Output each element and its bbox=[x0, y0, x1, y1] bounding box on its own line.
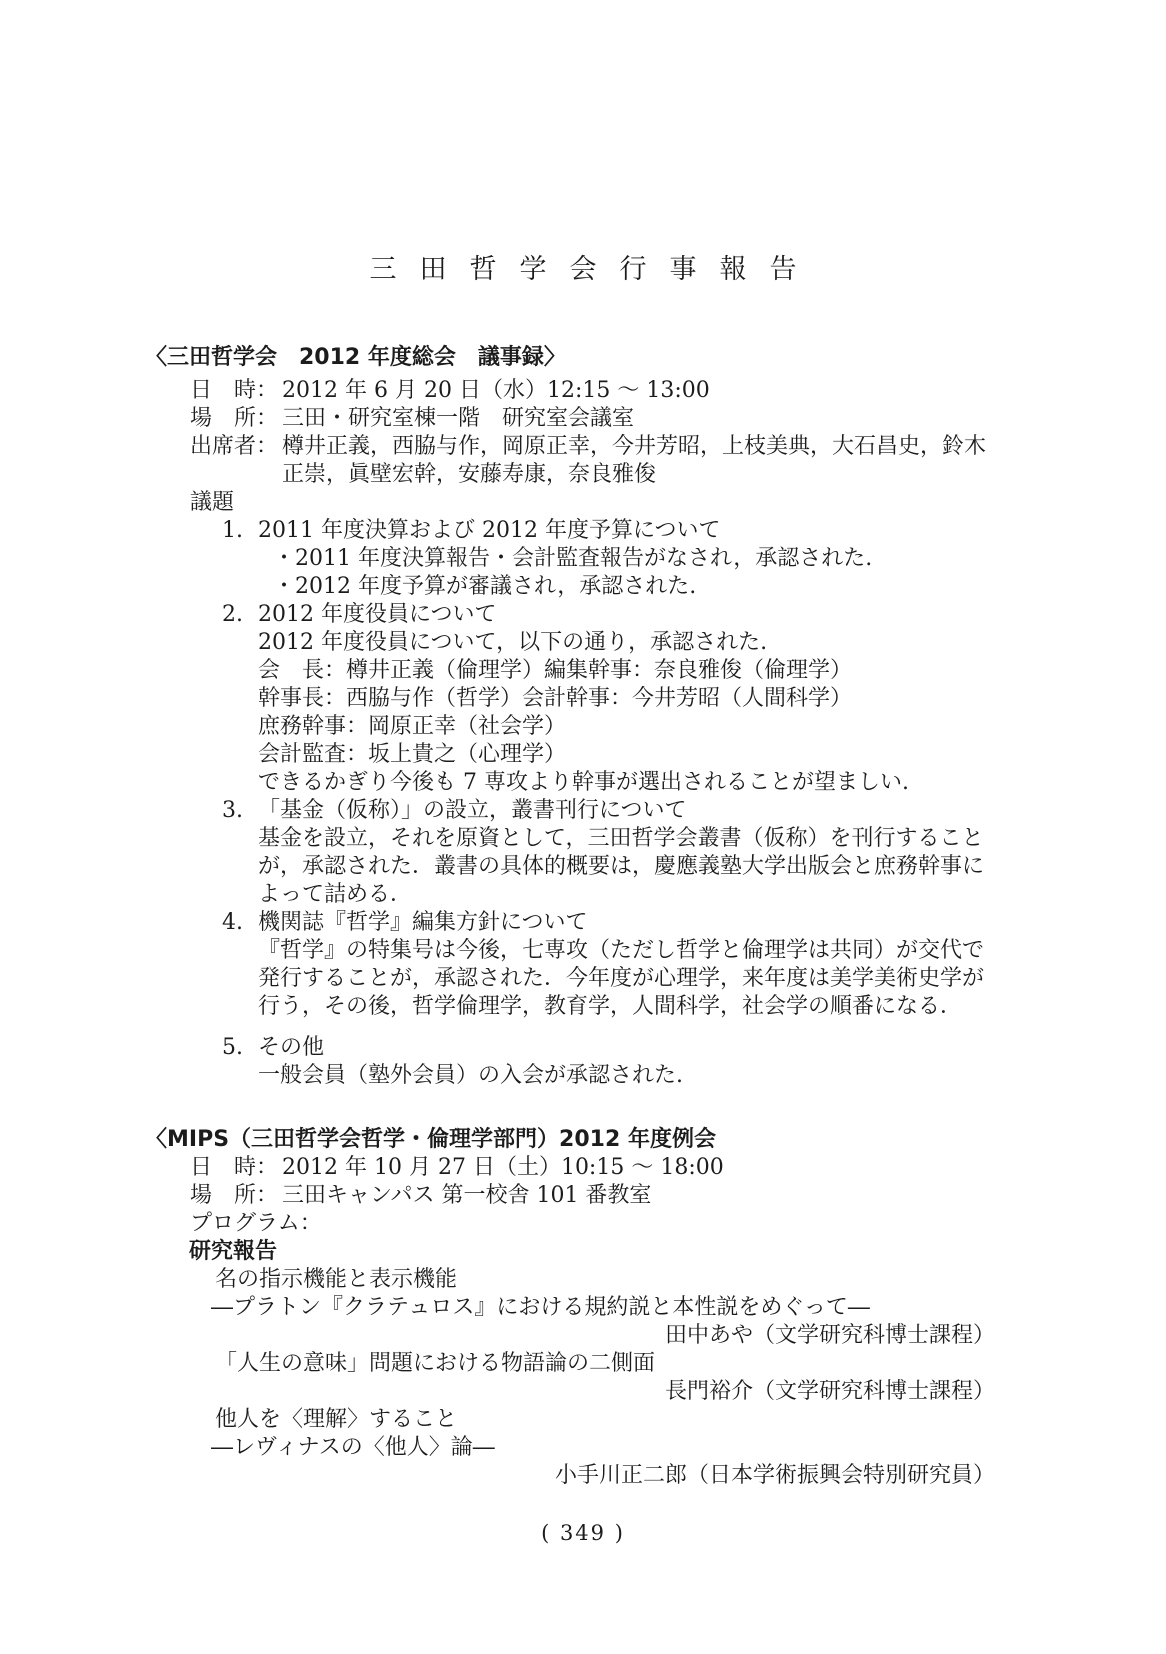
item-3-line-2: が，承認された．叢書の具体的概要は，慶應義塾大学出版会と庶務幹事に bbox=[145, 853, 995, 881]
page-number: ( 349 ) bbox=[0, 1521, 1166, 1545]
item-title: 機関誌『哲学』編集方針について bbox=[258, 909, 588, 937]
attendees-label: 出席者： bbox=[190, 433, 282, 461]
attendees-line-1: 出席者： 樽井正義，西脇与作，岡原正幸，今井芳昭，上枝美典，大石昌史，鈴木 bbox=[145, 433, 995, 461]
talk-3-subtitle: ―レヴィナスの〈他人〉論― bbox=[145, 1434, 995, 1462]
item-2-line-1: 2012 年度役員について，以下の通り，承認された. bbox=[145, 629, 995, 657]
item-title: 「基金（仮称）」の設立，叢書刊行について bbox=[258, 797, 687, 825]
meeting-place-line: 場 所： 三田・研究室棟一階 研究室会議室 bbox=[145, 405, 995, 433]
attendees-line-2: 正崇，眞壁宏幹，安藤寿康，奈良雅俊 bbox=[145, 461, 995, 489]
item-1-bullet-2: ・2012 年度予算が審議され，承認された. bbox=[145, 573, 995, 601]
place-value: 三田キャンパス 第一校舎 101 番教室 bbox=[282, 1182, 651, 1210]
item-5-line-1: 一般会員（塾外会員）の入会が承認された. bbox=[145, 1062, 995, 1090]
item-2-line-4: 庶務幹事：岡原正幸（社会学） bbox=[145, 713, 995, 741]
agenda-label: 議題 bbox=[145, 489, 995, 517]
agenda-item-1: 1. 2011 年度決算および 2012 年度予算について bbox=[145, 517, 995, 545]
section1-heading: 〈三田哲学会 2012 年度総会 議事録〉 bbox=[145, 344, 995, 372]
talk-1-subtitle: ―プラトン『クラテュロス』における規約説と本性説をめぐって― bbox=[145, 1294, 995, 1322]
item-2-line-5: 会計監査：坂上貴之（心理学） bbox=[145, 741, 995, 769]
item-number: 1. bbox=[222, 517, 258, 545]
agenda-item-5: 5. その他 bbox=[145, 1034, 995, 1062]
meeting-date-line: 日 時： 2012 年 6 月 20 日（水）12:15 ～ 13:00 bbox=[145, 377, 995, 405]
mips-place-line: 場 所： 三田キャンパス 第一校舎 101 番教室 bbox=[145, 1182, 995, 1210]
section2-heading: 〈MIPS（三田哲学会哲学・倫理学部門）2012 年度例会 bbox=[145, 1126, 995, 1154]
item-number: 5. bbox=[222, 1034, 258, 1062]
item-4-line-2: 発行することが，承認された．今年度が心理学，来年度は美学美術史学が bbox=[145, 965, 995, 993]
place-value: 三田・研究室棟一階 研究室会議室 bbox=[282, 405, 634, 433]
document-title: 三田哲学会行事報告 bbox=[0, 247, 1166, 286]
item-number: 3. bbox=[222, 797, 258, 825]
item-title: その他 bbox=[258, 1034, 324, 1062]
talk-2-title: 「人生の意味」問題における物語論の二側面 bbox=[145, 1350, 995, 1378]
item-2-line-3: 幹事長：西脇与作（哲学）会計幹事：今井芳昭（人間科学） bbox=[145, 685, 995, 713]
date-label: 日 時： bbox=[190, 377, 282, 405]
talk-1-speaker: 田中あや（文学研究科博士課程） bbox=[145, 1322, 995, 1350]
agenda-item-3: 3. 「基金（仮称）」の設立，叢書刊行について bbox=[145, 797, 995, 825]
item-4-line-1: 『哲学』の特集号は今後，七専攻（ただし哲学と倫理学は共同）が交代で bbox=[145, 937, 995, 965]
mips-date-line: 日 時： 2012 年 10 月 27 日（土）10:15 ～ 18:00 bbox=[145, 1154, 995, 1182]
item-2-line-2: 会 長：樽井正義（倫理学）編集幹事：奈良雅俊（倫理学） bbox=[145, 657, 995, 685]
place-label: 場 所： bbox=[190, 1182, 282, 1210]
place-label: 場 所： bbox=[190, 405, 282, 433]
attendees-names-1: 樽井正義，西脇与作，岡原正幸，今井芳昭，上枝美典，大石昌史，鈴木 bbox=[282, 433, 986, 461]
section2: 〈MIPS（三田哲学会哲学・倫理学部門）2012 年度例会 日 時： 2012 … bbox=[145, 1126, 995, 1490]
item-2-line-6: できるかぎり今後も 7 専攻より幹事が選出されることが望ましい. bbox=[145, 769, 995, 797]
research-report-subheading: 研究報告 bbox=[145, 1238, 995, 1266]
talk-3-speaker: 小手川正二郎（日本学術振興会特別研究員） bbox=[145, 1462, 995, 1490]
talk-2-speaker: 長門裕介（文学研究科博士課程） bbox=[145, 1378, 995, 1406]
item-number: 2. bbox=[222, 601, 258, 629]
document-page: 三田哲学会行事報告 〈三田哲学会 2012 年度総会 議事録〉 日 時： 201… bbox=[0, 0, 1166, 1654]
attendees-label-spacer bbox=[190, 461, 282, 489]
date-value: 2012 年 6 月 20 日（水）12:15 ～ 13:00 bbox=[282, 377, 710, 405]
document-body: 〈三田哲学会 2012 年度総会 議事録〉 日 時： 2012 年 6 月 20… bbox=[145, 344, 995, 1490]
item-title: 2012 年度役員について bbox=[258, 601, 497, 629]
item-4-line-3: 行う，その後，哲学倫理学，教育学，人間科学，社会学の順番になる． bbox=[145, 993, 995, 1021]
talk-1-title: 名の指示機能と表示機能 bbox=[145, 1266, 995, 1294]
item-1-bullet-1: ・2011 年度決算報告・会計監査報告がなされ，承認された. bbox=[145, 545, 995, 573]
agenda-item-2: 2. 2012 年度役員について bbox=[145, 601, 995, 629]
item-title: 2011 年度決算および 2012 年度予算について bbox=[258, 517, 721, 545]
program-label: プログラム： bbox=[145, 1210, 995, 1238]
item-number: 4. bbox=[222, 909, 258, 937]
item-3-line-1: 基金を設立，それを原資として，三田哲学会叢書（仮称）を刊行すること bbox=[145, 825, 995, 853]
agenda-item-4: 4. 機関誌『哲学』編集方針について bbox=[145, 909, 995, 937]
date-label: 日 時： bbox=[190, 1154, 282, 1182]
item-3-line-3: よって詰める． bbox=[145, 881, 995, 909]
talk-3-title: 他人を〈理解〉すること bbox=[145, 1406, 995, 1434]
section1-meta: 日 時： 2012 年 6 月 20 日（水）12:15 ～ 13:00 場 所… bbox=[145, 377, 995, 517]
date-value: 2012 年 10 月 27 日（土）10:15 ～ 18:00 bbox=[282, 1154, 724, 1182]
attendees-names-2: 正崇，眞壁宏幹，安藤寿康，奈良雅俊 bbox=[282, 461, 656, 489]
